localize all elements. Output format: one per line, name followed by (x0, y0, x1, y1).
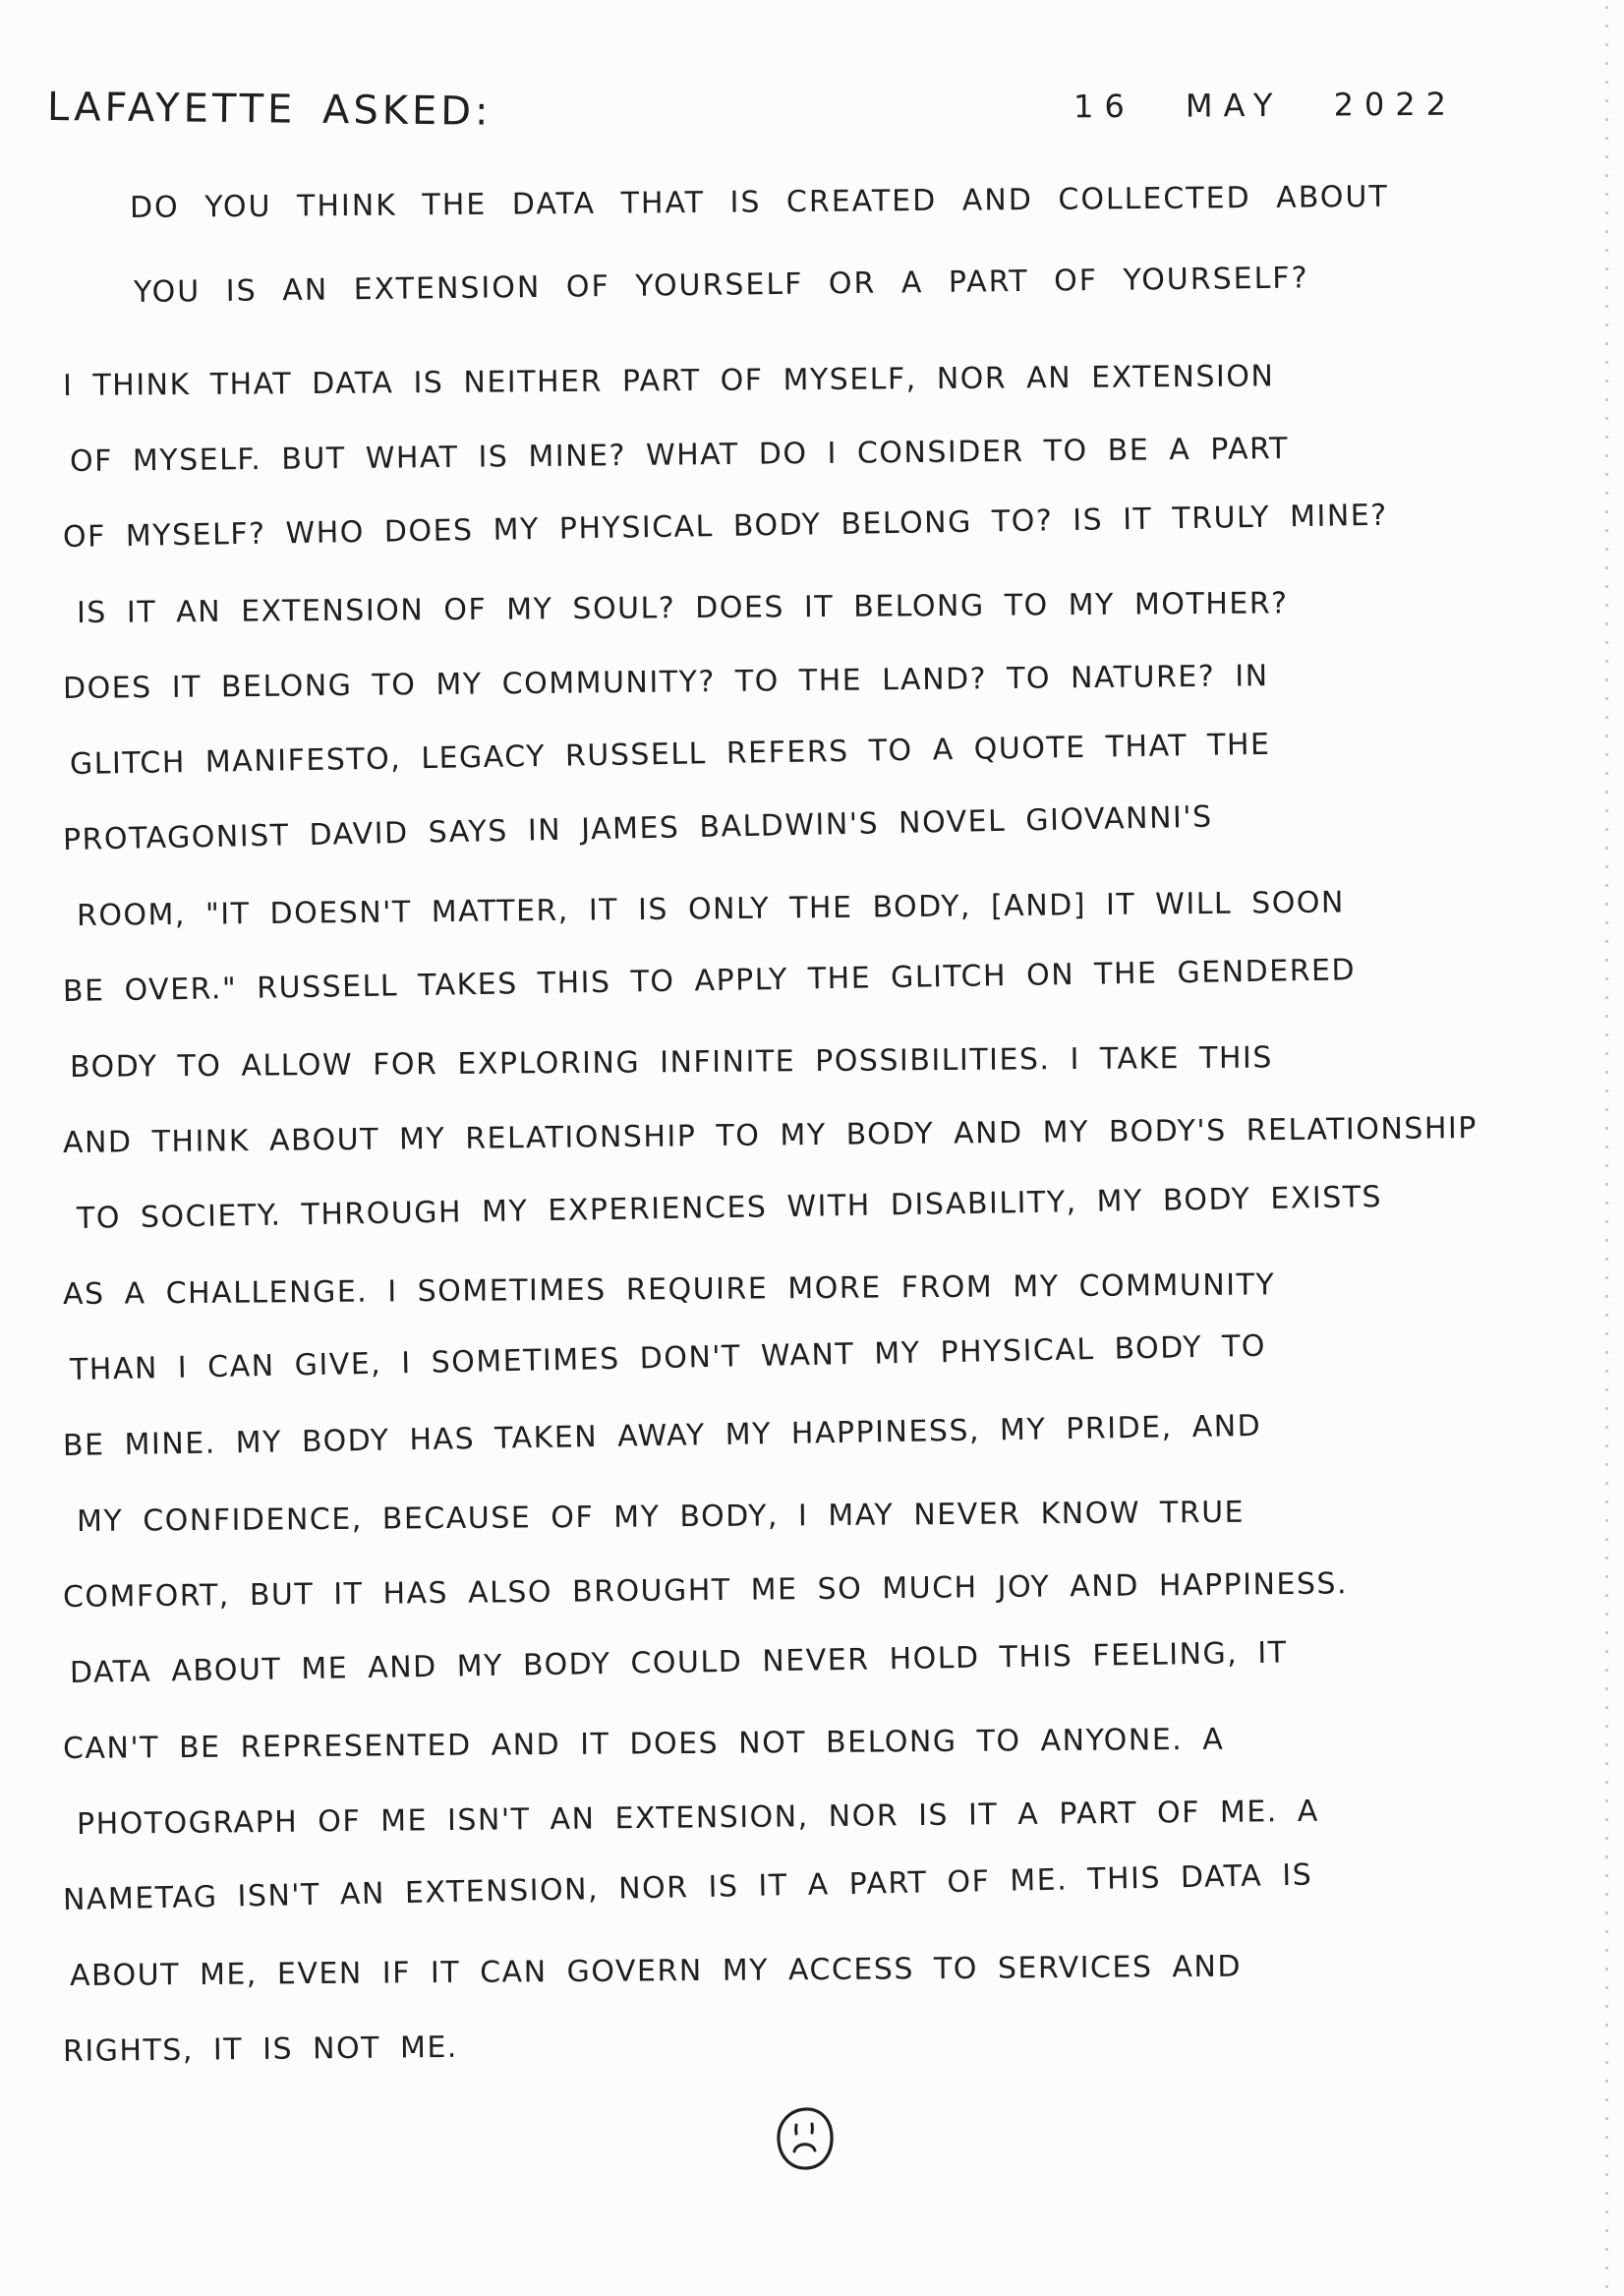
page-title: LAFAYETTE ASKED: (47, 85, 493, 135)
date-label: 16 MAY 2022 (1073, 86, 1457, 126)
handwritten-note-page: LAFAYETTE ASKED: 16 MAY 2022 DO YOU THIN… (0, 0, 1624, 2296)
page-header: LAFAYETTE ASKED: 16 MAY 2022 (0, 0, 1624, 130)
question-line: YOU IS AN EXTENSION OF YOURSELF OR A PAR… (133, 231, 1624, 334)
answer-line: RIGHTS, IT IS NOT ME. (63, 1997, 1624, 2090)
question-block: DO YOU THINK THE DATA THAT IS CREATED AN… (130, 165, 1624, 334)
sad-face-icon (773, 2105, 838, 2174)
answer-block: I THINK THAT DATA IS NEITHER PART OF MYS… (63, 348, 1624, 2090)
torn-edge-perforation (1605, 6, 1608, 2290)
